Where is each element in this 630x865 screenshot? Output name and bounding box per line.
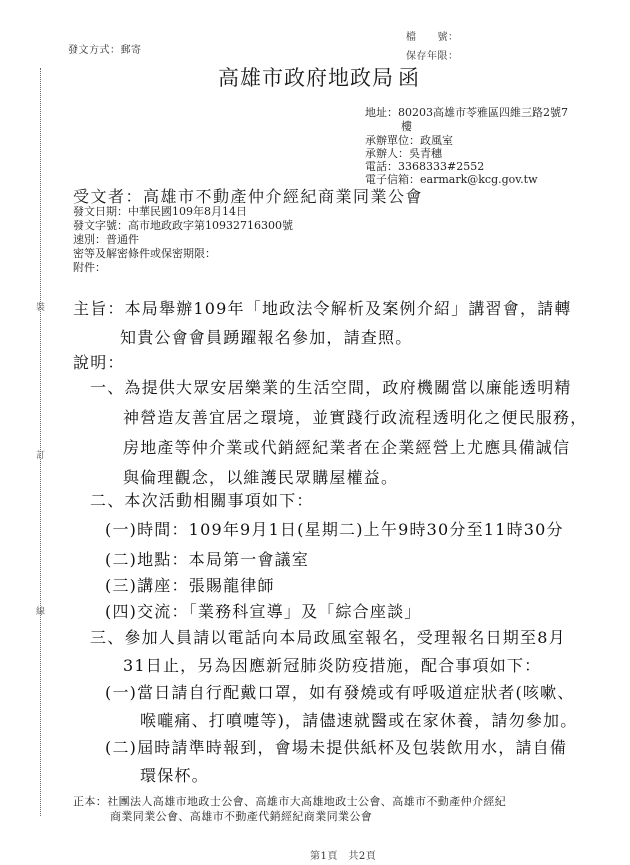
- item3-line: 31日止，另為因應新冠肺炎防疫措施，配合事項如下：: [123, 653, 541, 676]
- item3-line: 三、參加人員請以電話向本局政風室報名，受理報名日期至8月: [90, 625, 566, 648]
- margin-mark-zhuang: 裝: [36, 300, 45, 313]
- subject-line2: 知貴公會會員踴躍報名參加，請查照。: [120, 325, 412, 348]
- address-line1: 地址：80203高雄市苓雅區四維三路2號7: [365, 106, 568, 119]
- doc-type: 函: [398, 62, 419, 92]
- recipient: 受文者：高雄市不動產仲介經紀商業同業公會: [73, 184, 423, 207]
- margin-mark-xian: 線: [36, 604, 45, 617]
- copies-line1: 正本：社團法人高雄市地政士公會、高雄市大高雄地政士公會、高雄市不動產仲介經紀: [73, 795, 506, 808]
- item1-line: 神營造友善宜居之環境，並實踐行政流程透明化之便民服務，: [123, 405, 587, 428]
- archive-no-label: 檔 號：: [406, 28, 459, 43]
- copies-line2: 商業同業公會、高雄市不動產代銷經紀商業同業公會: [110, 810, 372, 823]
- secrecy: 密等及解密條件或保密期限：: [73, 247, 216, 260]
- handling-unit: 承辦單位：政風室: [365, 134, 453, 147]
- subject-line1: 主旨：本局舉辦109年「地政法令解析及案例介紹」講習會，請轉: [73, 296, 572, 319]
- handler-name: 承辦人：吳青穗: [365, 147, 442, 160]
- item2-sub: (二)地點：本局第一會議室: [105, 547, 309, 570]
- issue-date: 發文日期：中華民國109年8月14日: [73, 205, 247, 218]
- item2-sub: (一)時間：109年9月1日(星期二)上午9時30分至11時30分: [105, 517, 564, 540]
- item3-sub: (一)當日請自行配戴口罩，如有發燒或有呼吸道症狀者(咳嗽、: [105, 680, 575, 703]
- item1-line: 房地產等仲介業或代銷經紀業者在企業經營上尤應具備誠信: [123, 435, 570, 458]
- phone: 電話：3368333#2552: [365, 160, 484, 173]
- speed: 速別：普通件: [73, 233, 139, 246]
- doc-number: 發文字號：高市地政政字第10932716300號: [73, 219, 293, 232]
- item3-sub: 喉嚨痛、打噴嚏等)，請儘速就醫或在家休養，請勿參加。: [140, 708, 577, 731]
- item3-sub: (二)屆時請準時報到，會場未提供紙杯及包裝飲用水，請自備: [105, 735, 567, 758]
- item1-line: 一、為提供大眾安居樂業的生活空間，政府機關當以廉能透明精: [90, 375, 572, 398]
- item2-sub: (三)講座：張賜龍律師: [105, 573, 275, 596]
- item3-sub: 環保杯。: [140, 763, 209, 786]
- item1-line: 與倫理觀念，以維護民眾購屋權益。: [123, 465, 398, 488]
- page-number: 第1頁 共2頁: [310, 847, 376, 862]
- attachment: 附件：: [73, 261, 106, 274]
- page-title: 高雄市政府地政局: [218, 62, 394, 92]
- item2-sub: (四)交流：「業務科宣導」及「綜合座談」: [105, 599, 422, 622]
- send-method: 發文方式：郵寄: [68, 41, 142, 56]
- item2-title: 二、本次活動相關事項如下：: [90, 488, 314, 511]
- retention-label: 保存年限：: [406, 47, 459, 62]
- address-line2: 樓: [401, 120, 412, 133]
- binding-margin-line: [40, 68, 41, 816]
- margin-mark-ding: 訂: [36, 448, 45, 461]
- explanation-label: 說明：: [73, 350, 125, 373]
